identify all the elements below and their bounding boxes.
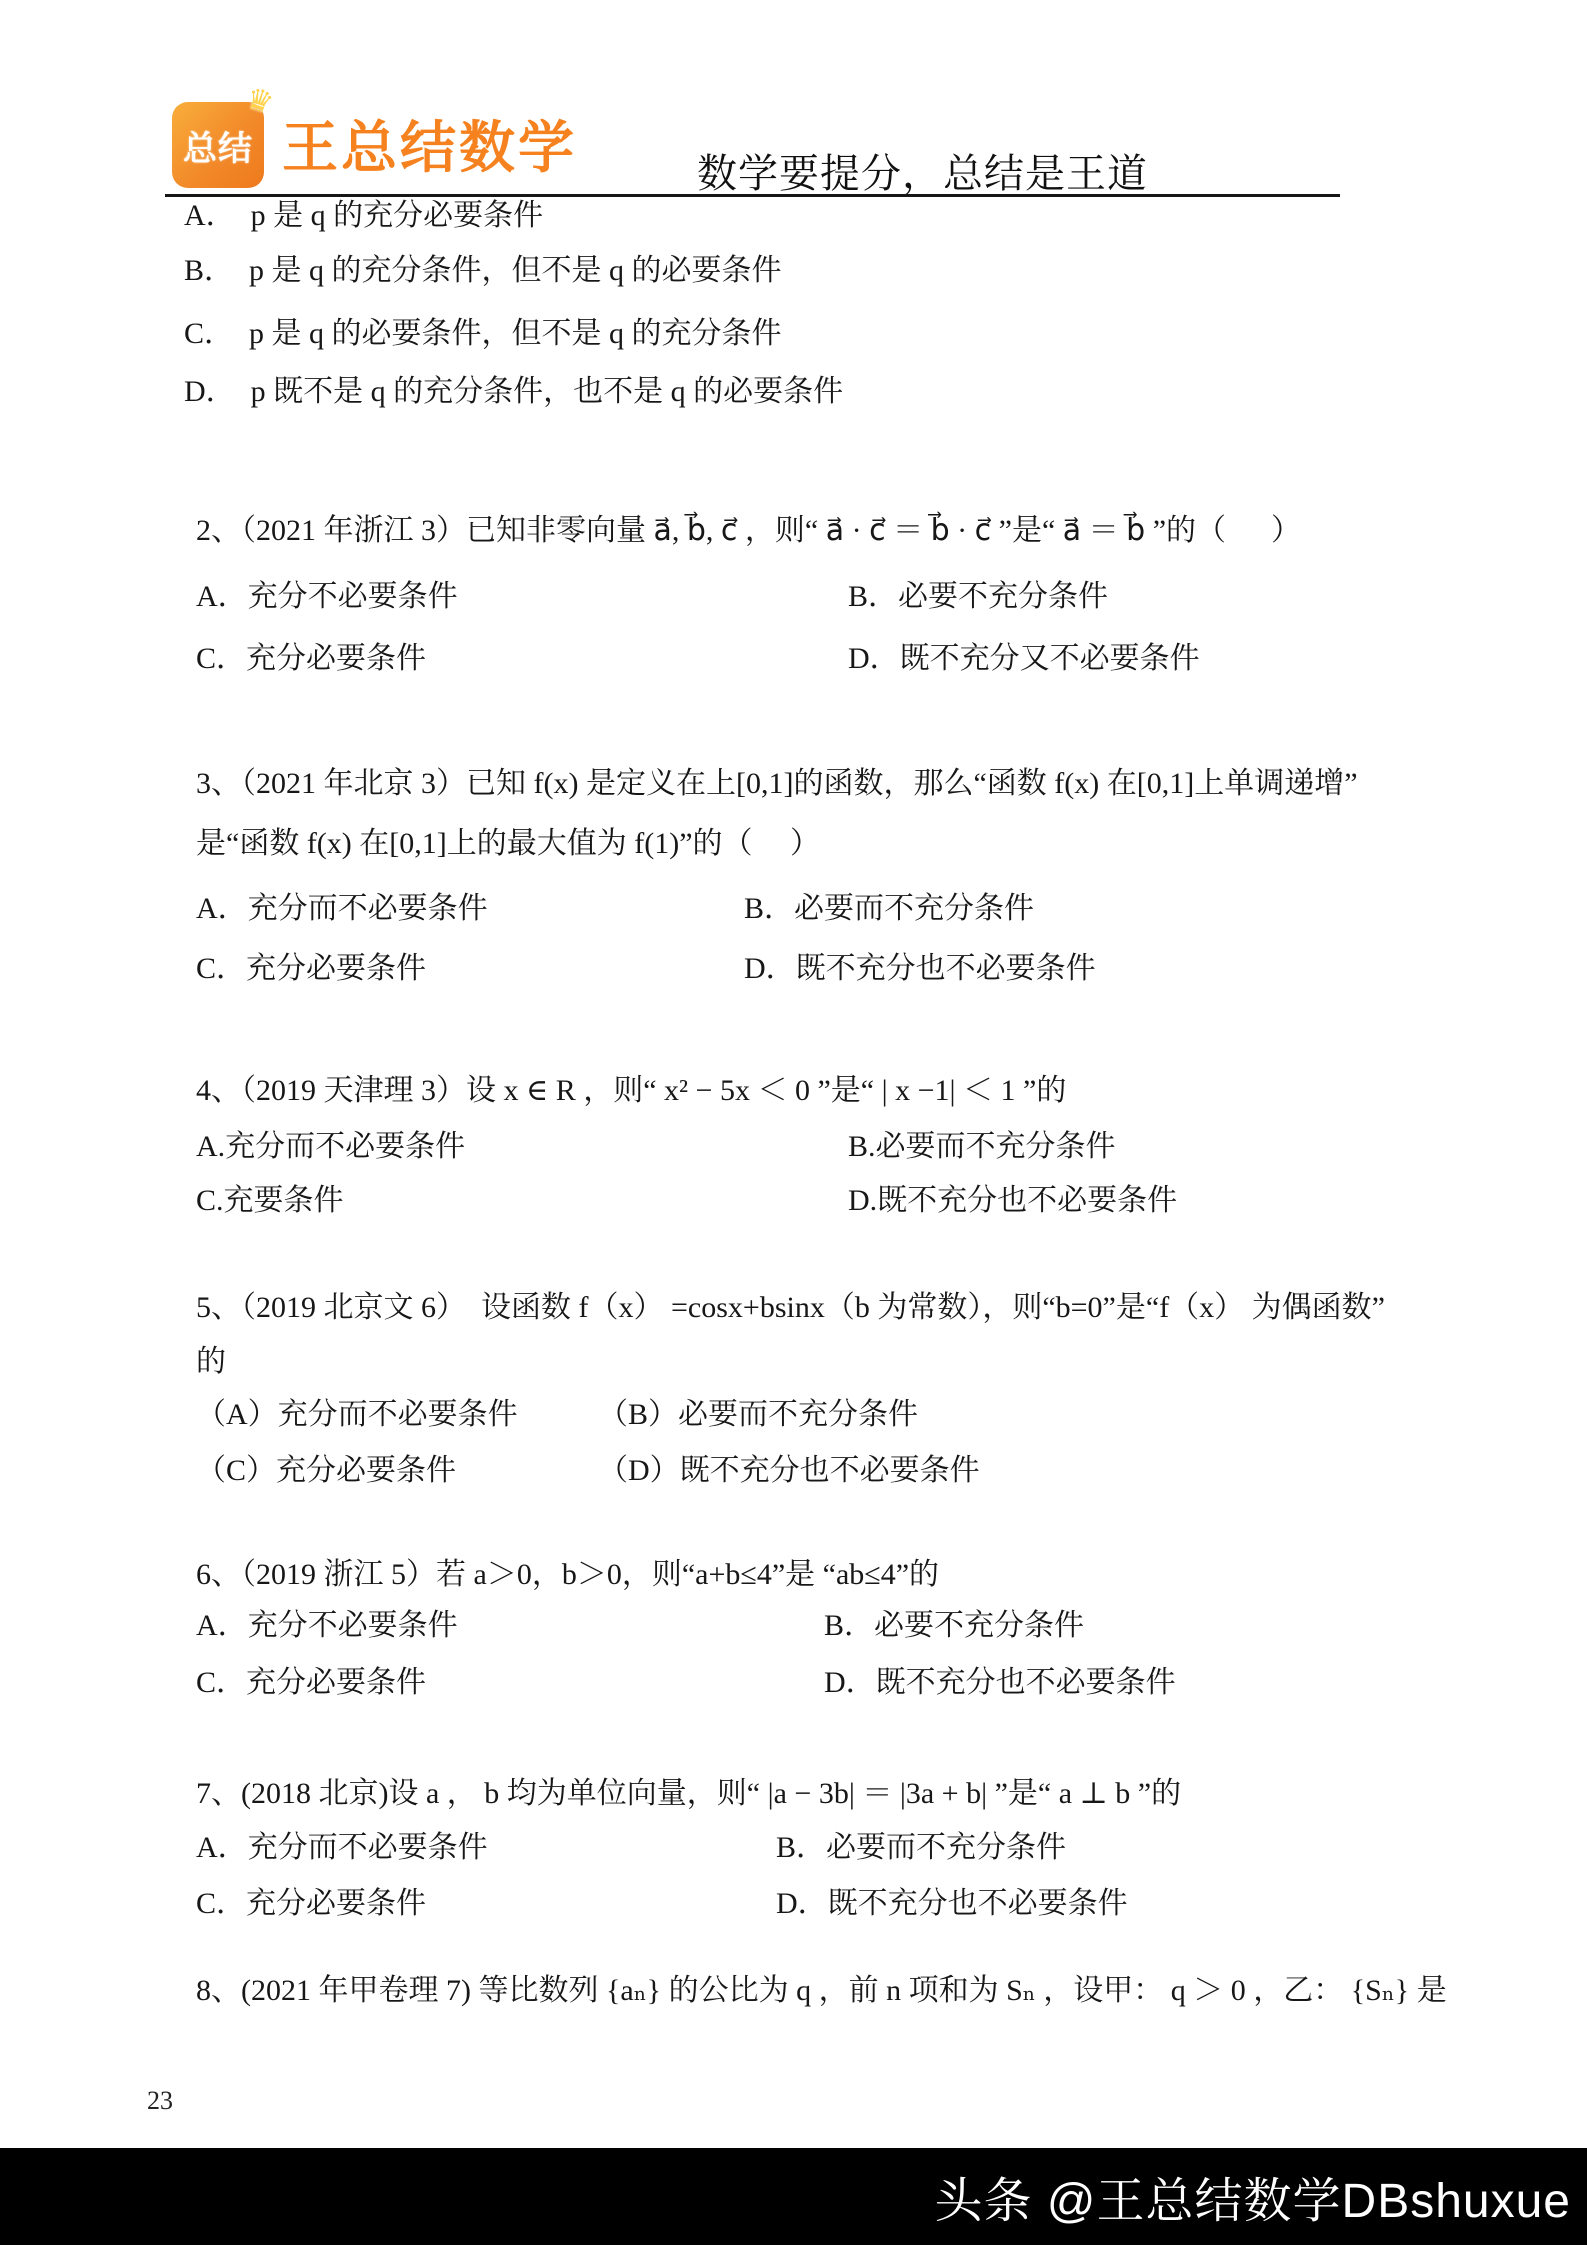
q3-option-row-2: C．充分必要条件 D．既不充分也不必要条件 (196, 950, 1096, 988)
page-number: 23 (147, 2086, 173, 2116)
q7-option-b: B．必要而不充分条件 (776, 1829, 1066, 1867)
q7-option-a: A．充分而不必要条件 (196, 1829, 776, 1867)
q5-option-a: （A）充分而不必要条件 (196, 1396, 598, 1434)
q6-option-c: C．充分必要条件 (196, 1664, 824, 1702)
q5-option-c: （C）充分必要条件 (196, 1452, 598, 1490)
q3-option-row-1: A．充分而不必要条件 B．必要而不充分条件 (196, 890, 1034, 928)
q4-option-b: B.必要而不充分条件 (848, 1128, 1116, 1166)
q2-stem: 2、（2021 年浙江 3）已知非零向量 a⃗, b⃗, c⃗ ，则“ a⃗ ·… (196, 512, 1301, 550)
q2-option-c: C．充分必要条件 (196, 640, 848, 678)
q2-option-row-2: C．充分必要条件 D．既不充分又不必要条件 (196, 640, 1200, 678)
q5-option-b: （B）必要而不充分条件 (598, 1396, 918, 1434)
q3-option-a: A．充分而不必要条件 (196, 890, 744, 928)
q4-option-row-1: A.充分而不必要条件 B.必要而不充分条件 (196, 1128, 1116, 1166)
q3-stem-line1: 3、（2021 年北京 3）已知 f(x) 是定义在上[0,1]的函数，那么“函… (196, 765, 1358, 803)
document-page: ♛ 总结 王总结数学 数学要提分，总结是王道 A． p 是 q 的充分必要条件 … (0, 0, 1587, 2245)
q6-option-row-1: A．充分不必要条件 B．必要不充分条件 (196, 1607, 1084, 1645)
q6-option-a: A．充分不必要条件 (196, 1607, 824, 1645)
q6-stem: 6、（2019 浙江 5）若 a＞0，b＞0，则“a+b≤4”是 “ab≤4”的 (196, 1556, 939, 1594)
brand-name: 王总结数学 (282, 104, 577, 184)
q6-option-row-2: C．充分必要条件 D．既不充分也不必要条件 (196, 1664, 1176, 1702)
q4-option-row-2: C.充要条件 D.既不充分也不必要条件 (196, 1182, 1177, 1220)
q2-option-b: B．必要不充分条件 (848, 578, 1108, 616)
q6-option-b: B．必要不充分条件 (824, 1607, 1084, 1645)
q1-option-a: A． p 是 q 的充分必要条件 (184, 197, 543, 235)
q5-option-row-1: （A）充分而不必要条件 （B）必要而不充分条件 (196, 1396, 918, 1434)
logo-badge-text: 总结 (183, 121, 253, 170)
q7-option-row-2: C．充分必要条件 D．既不充分也不必要条件 (196, 1885, 1128, 1923)
crown-icon: ♛ (241, 81, 278, 123)
q1-option-c: C． p 是 q 的必要条件，但不是 q 的充分条件 (184, 315, 782, 353)
q3-option-b: B．必要而不充分条件 (744, 890, 1034, 928)
q4-stem: 4、（2019 天津理 3）设 x ∈ R ，则“ x² − 5x ＜ 0 ”是… (196, 1072, 1066, 1110)
q6-option-d: D．既不充分也不必要条件 (824, 1664, 1176, 1702)
brand-logo-badge: ♛ 总结 (172, 102, 264, 188)
q3-stem-line2: 是“函数 f(x) 在[0,1]上的最大值为 f(1)”的（ ） (196, 825, 820, 863)
q7-option-row-1: A．充分而不必要条件 B．必要而不充分条件 (196, 1829, 1066, 1867)
q2-option-row-1: A．充分不必要条件 B．必要不充分条件 (196, 578, 1108, 616)
q1-option-b: B． p 是 q 的充分条件，但不是 q 的必要条件 (184, 252, 782, 290)
q7-option-c: C．充分必要条件 (196, 1885, 776, 1923)
q5-stem-line2: 的 (196, 1343, 226, 1381)
q7-stem: 7、(2018 北京)设 a ， b 均为单位向量，则“ |a − 3b| ＝ … (196, 1775, 1181, 1813)
footer-watermark: 头条 @王总结数学DBshuxue (934, 2162, 1571, 2231)
q4-option-d: D.既不充分也不必要条件 (848, 1182, 1177, 1220)
q2-option-a: A．充分不必要条件 (196, 578, 848, 616)
q7-option-d: D．既不充分也不必要条件 (776, 1885, 1128, 1923)
q5-option-d: （D）既不充分也不必要条件 (598, 1452, 980, 1490)
q3-option-d: D．既不充分也不必要条件 (744, 950, 1096, 988)
q3-option-c: C．充分必要条件 (196, 950, 744, 988)
q1-option-d: D． p 既不是 q 的充分条件，也不是 q 的必要条件 (184, 373, 843, 411)
q4-option-a: A.充分而不必要条件 (196, 1128, 848, 1166)
q4-option-c: C.充要条件 (196, 1182, 848, 1220)
q2-option-d: D．既不充分又不必要条件 (848, 640, 1200, 678)
brand-slogan: 数学要提分，总结是王道 (697, 142, 1148, 199)
q5-option-row-2: （C）充分必要条件 （D）既不充分也不必要条件 (196, 1452, 980, 1490)
footer-bar: 头条 @王总结数学DBshuxue (0, 2148, 1587, 2245)
q5-stem-line1: 5、（2019 北京文 6） 设函数 f（x） =cosx+bsinx（b 为常… (196, 1289, 1385, 1327)
q8-stem: 8、(2021 年甲卷理 7) 等比数列 {aₙ} 的公比为 q ，前 n 项和… (196, 1972, 1447, 2010)
